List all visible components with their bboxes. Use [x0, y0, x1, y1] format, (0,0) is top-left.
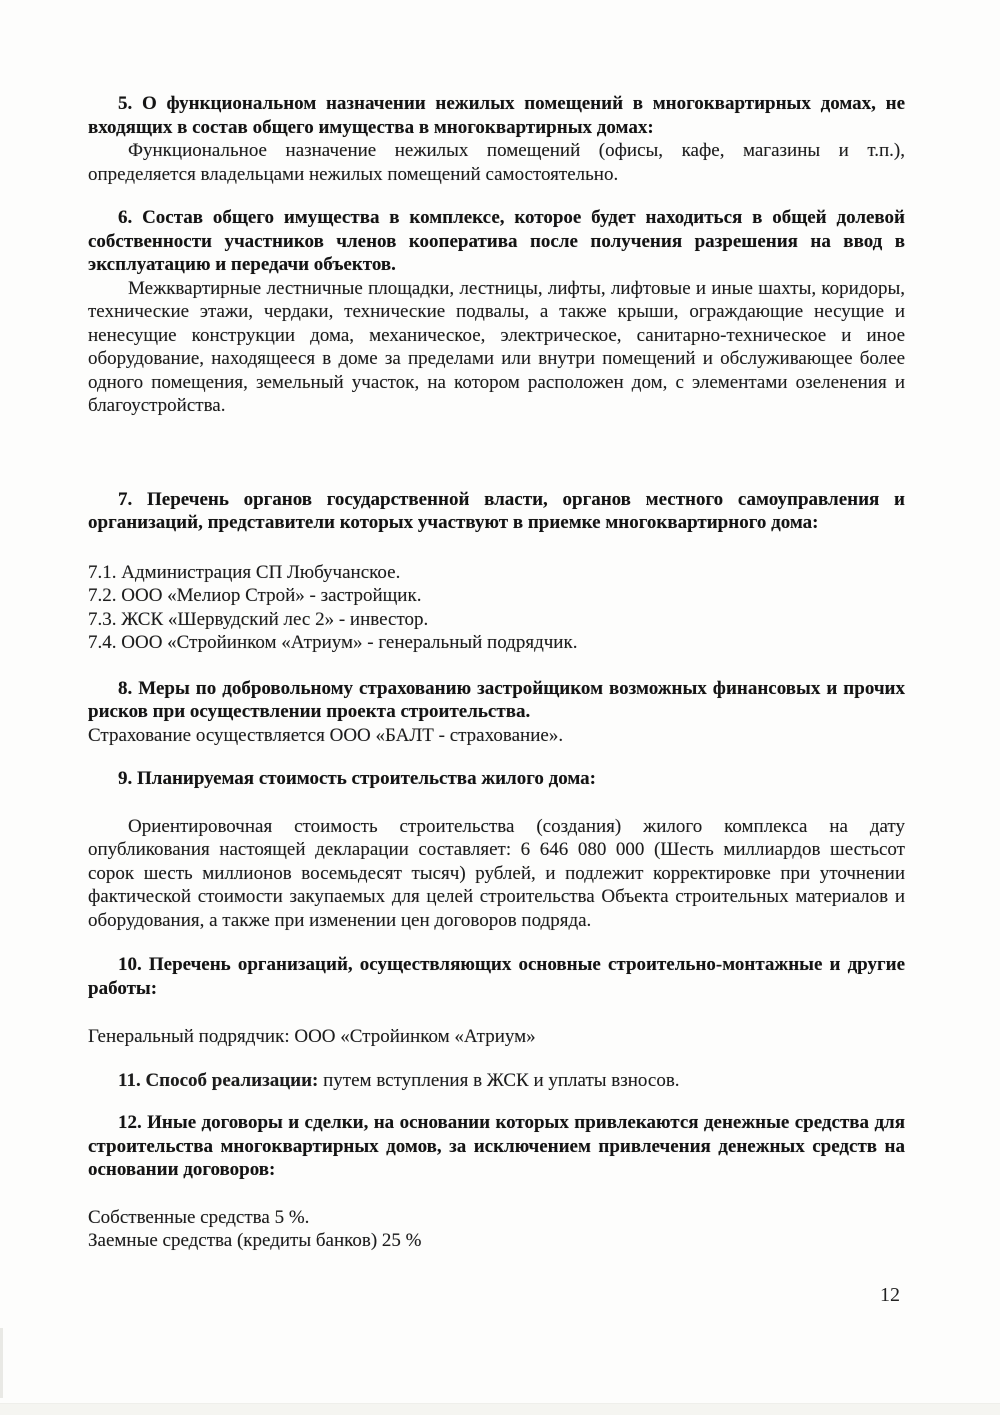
- section-5-paragraph: Функциональное назначение нежилых помеще…: [88, 139, 905, 186]
- section-6-paragraph: Межквартирные лестничные площадки, лестн…: [88, 277, 905, 418]
- section-11: 11. Способ реализации: путем вступления …: [88, 1069, 905, 1093]
- scan-edge-shadow: [0, 1403, 1000, 1415]
- list-item-7-4: 7.4. ООО «Стройинком «Атриум» - генераль…: [88, 631, 905, 655]
- section-12: 12. Иные договоры и сделки, на основании…: [88, 1111, 905, 1253]
- list-item-7-1: 7.1. Администрация СП Любучанское.: [88, 561, 905, 585]
- list-item-7-3: 7.3. ЖСК «Шервудский лес 2» - инвестор.: [88, 608, 905, 632]
- section-9-paragraph: Ориентировочная стоимость строительства …: [88, 815, 905, 933]
- section-7: 7. Перечень органов государственной влас…: [88, 488, 905, 655]
- section-5: 5. О функциональном назначении нежилых п…: [88, 92, 905, 186]
- section-9-heading: 9. Планируемая стоимость строительства ж…: [88, 767, 905, 791]
- section-12-funds-own-line: Собственные средства 5 %.: [88, 1206, 905, 1230]
- section-8-heading: 8. Меры по добровольному страхованию зас…: [88, 677, 905, 724]
- section-12-heading: 12. Иные договоры и сделки, на основании…: [88, 1111, 905, 1182]
- section-9: 9. Планируемая стоимость строительства ж…: [88, 767, 905, 932]
- section-11-line: 11. Способ реализации: путем вступления …: [88, 1069, 905, 1093]
- page-number: 12: [880, 1283, 900, 1307]
- section-8: 8. Меры по добровольному страхованию зас…: [88, 677, 905, 748]
- section-10-contractor-line: Генеральный подрядчик: ООО «Стройинком «…: [88, 1025, 905, 1049]
- section-7-heading: 7. Перечень органов государственной влас…: [88, 488, 905, 535]
- section-10-heading: 10. Перечень организаций, осуществляющих…: [88, 953, 905, 1000]
- section-10: 10. Перечень организаций, осуществляющих…: [88, 953, 905, 1049]
- section-7-list: 7.1. Администрация СП Любучанское. 7.2. …: [88, 561, 905, 655]
- section-8-note: Страхование осуществляется ООО «БАЛТ - с…: [88, 724, 905, 748]
- section-6: 6. Состав общего имущества в комплексе, …: [88, 206, 905, 418]
- section-11-heading: 11. Способ реализации:: [118, 1070, 318, 1091]
- section-6-heading: 6. Состав общего имущества в комплексе, …: [88, 206, 905, 277]
- section-5-heading: 5. О функциональном назначении нежилых п…: [88, 92, 905, 139]
- document-page: 5. О функциональном назначении нежилых п…: [0, 0, 1000, 1415]
- scan-edge-mark: [0, 1328, 3, 1398]
- list-item-7-2: 7.2. ООО «Мелиор Строй» - застройщик.: [88, 584, 905, 608]
- section-12-funds-list: Собственные средства 5 %. Заемные средст…: [88, 1206, 905, 1253]
- section-11-text: путем вступления в ЖСК и уплаты взносов.: [318, 1070, 679, 1091]
- section-12-funds-borrowed-line: Заемные средства (кредиты банков) 25 %: [88, 1229, 905, 1253]
